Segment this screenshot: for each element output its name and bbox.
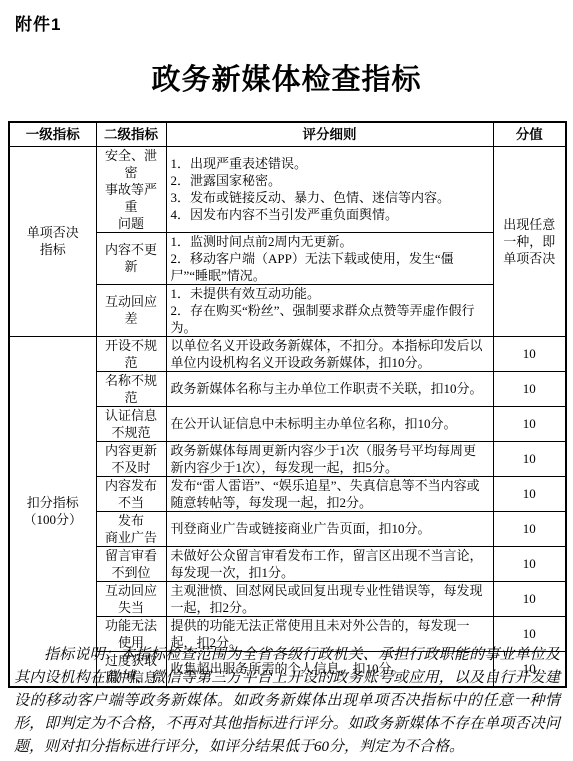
level2-indicator-cell: 开设不规范	[96, 336, 166, 371]
scoring-rules-cell: 在公开认证信息中未标明主办单位名称，扣10分。	[166, 406, 493, 441]
level2-indicator-cell: 发布 商业广告	[96, 511, 166, 546]
score-cell: 10	[493, 476, 566, 511]
scoring-rules-cell: 1．监测时间点前2周内无更新。 2．移动客户端（APP）无法下载或使用，发生“僵…	[166, 232, 493, 284]
rule-item: 1．未提供有效互动功能。	[171, 285, 489, 302]
column-header-level1: 一级指标	[9, 122, 96, 146]
scoring-rules-cell: 政务新媒体每周更新内容少于1次（服务号平均每周更新内容少于1次），每发现一起，扣…	[166, 441, 493, 476]
scoring-rules-cell: 政务新媒体名称与主办单位工作职责不关联，扣10分。	[166, 371, 493, 406]
scoring-rules-cell: 1．未提供有效互动功能。 2．存在购买“粉丝”、强制要求群众点赞等弄虚作假行为。	[166, 284, 493, 336]
score-cell: 10	[493, 511, 566, 546]
level2-indicator-cell: 内容发布 不当	[96, 476, 166, 511]
score-cell: 10	[493, 336, 566, 371]
rule-item: 2．泄露国家秘密。	[171, 172, 489, 189]
scoring-rules-cell: 未做好公众留言审看发布工作，留言区出现不当言论，每发现一次，扣1分。	[166, 546, 493, 581]
indicator-table: 一级指标 二级指标 评分细则 分值 单项否决 指标 安全、泄密 事故等严重 问题…	[8, 121, 567, 688]
score-cell: 10	[493, 581, 566, 616]
level2-indicator-cell: 安全、泄密 事故等严重 问题	[96, 146, 166, 232]
level2-indicator-cell: 名称不规范	[96, 371, 166, 406]
rule-item: 2．存在购买“粉丝”、强制要求群众点赞等弄虚作假行为。	[171, 302, 489, 336]
score-cell: 出现任意 一种，即 单项否决	[493, 146, 566, 336]
scoring-rules-cell: 主观泄愤、回怼网民或回复出现专业性错误等，每发现一起，扣2分。	[166, 581, 493, 616]
level2-indicator-cell: 内容更新 不及时	[96, 441, 166, 476]
scoring-rules-cell: 以单位名义开设政务新媒体，不扣分。本指标印发后以单位内设机构名义开设政务新媒体，…	[166, 336, 493, 371]
table-row: 扣分指标 （100分） 开设不规范 以单位名义开设政务新媒体，不扣分。本指标印发…	[9, 336, 566, 371]
footnote: 指标说明：本指标检查范围为全省各级行政机关、承担行政职能的事业单位及其内设机构在…	[14, 644, 560, 759]
scoring-rules-cell: 发布“雷人雷语”、“娱乐追星”、失真信息等不当内容或随意转帖等，每发现一起，扣2…	[166, 476, 493, 511]
rule-item: 4．因发布内容不当引发严重负面舆情。	[171, 206, 489, 223]
level2-indicator-cell: 互动回应差	[96, 284, 166, 336]
level1-indicator-cell: 扣分指标 （100分）	[9, 336, 96, 687]
rule-item: 2．移动客户端（APP）无法下载或使用，发生“僵尸”“睡眠”情况。	[171, 250, 489, 284]
page-title: 政务新媒体检查指标	[0, 57, 573, 98]
score-cell: 10	[493, 441, 566, 476]
level2-indicator-cell: 留言审看 不到位	[96, 546, 166, 581]
level2-indicator-cell: 认证信息 不规范	[96, 406, 166, 441]
score-cell: 10	[493, 371, 566, 406]
attachment-label: 附件1	[15, 10, 61, 35]
level2-indicator-cell: 内容不更新	[96, 232, 166, 284]
table-header-row: 一级指标 二级指标 评分细则 分值	[9, 122, 566, 146]
column-header-level2: 二级指标	[96, 122, 166, 146]
column-header-rules: 评分细则	[166, 122, 493, 146]
score-cell: 10	[493, 406, 566, 441]
level2-indicator-cell: 互动回应 失当	[96, 581, 166, 616]
scoring-rules-cell: 刊登商业广告或链接商业广告页面，扣10分。	[166, 511, 493, 546]
table-row: 单项否决 指标 安全、泄密 事故等严重 问题 1．出现严重表述错误。 2．泄露国…	[9, 146, 566, 232]
score-cell: 10	[493, 546, 566, 581]
column-header-score: 分值	[493, 122, 566, 146]
scoring-rules-cell: 1．出现严重表述错误。 2．泄露国家秘密。 3．发布或链接反动、暴力、色情、迷信…	[166, 146, 493, 232]
rule-item: 3．发布或链接反动、暴力、色情、迷信等内容。	[171, 189, 489, 206]
rule-item: 1．监测时间点前2周内无更新。	[171, 233, 489, 250]
rule-item: 1．出现严重表述错误。	[171, 155, 489, 172]
level1-indicator-cell: 单项否决 指标	[9, 146, 96, 336]
document-page: 附件1 政务新媒体检查指标 一级指标 二级指标 评分细则 分值 单项否决 指标 …	[0, 0, 573, 761]
